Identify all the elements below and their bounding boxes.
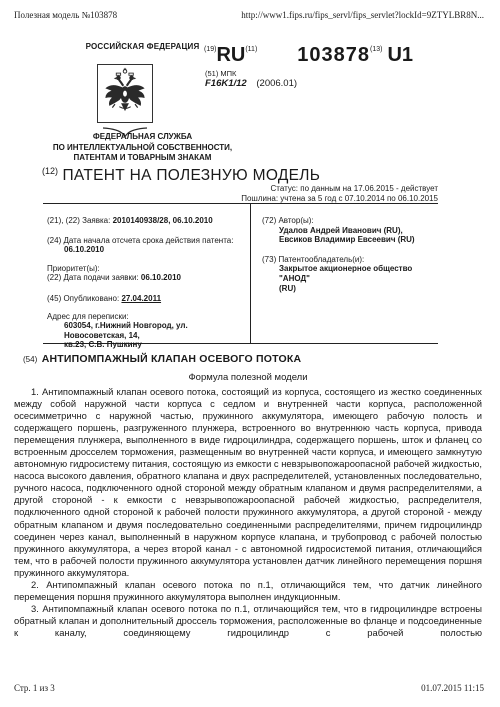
footer-timestamp: 01.07.2015 11:15 <box>421 683 484 693</box>
doc-type-code: (12) <box>42 166 58 176</box>
code-13: (13) <box>370 46 382 53</box>
russia-coat-of-arms-icon <box>101 65 149 122</box>
code-11: (11) <box>245 46 257 53</box>
invention-title-line: (54) АНТИПОМПАЖНЫЙ КЛАПАН ОСЕВОГО ПОТОКА <box>23 349 486 367</box>
published-field: (45) Опубликовано: 27.04.2011 <box>47 294 245 304</box>
claim-2: 2. Антипомпажный клапан осевого потока п… <box>14 579 482 603</box>
status-line: Статус: по данным на 17.06.2015 - действ… <box>150 184 438 194</box>
ipc-class-code: F16K1/12 <box>205 78 247 89</box>
holder-field: (73) Патентообладатель(и): Закрытое акци… <box>262 255 438 293</box>
doc-type-heading: (12) ПАТЕНТ НА ПОЛЕЗНУЮ МОДЕЛЬ <box>42 166 320 185</box>
title-code: (54) <box>23 355 37 364</box>
ipc-version: (2006.01) <box>256 78 297 89</box>
claims-section-heading: Формула полезной модели <box>14 372 482 383</box>
application-field: (21), (22) Заявка: 2010140938/28, 06.10.… <box>47 216 245 226</box>
claim-3: 3. Антипомпажный клапан осевого потока п… <box>14 603 482 639</box>
claim-1: 1. Антипомпажный клапан осевого потока, … <box>14 386 482 579</box>
document-header-url: http://www1.fips.ru/fips_servl/fips_serv… <box>241 10 484 20</box>
office-name: ФЕДЕРАЛЬНАЯ СЛУЖБА ПО ИНТЕЛЛЕКТУАЛЬНОЙ С… <box>20 132 265 164</box>
correspondence-address: Адрес для переписки: 603054, г.Нижний Но… <box>47 312 245 350</box>
ipc-classification: F16K1/12 (2006.01) <box>205 78 297 89</box>
kind-code: U1 <box>387 44 413 66</box>
invention-title: АНТИПОМПАЖНЫЙ КЛАПАН ОСЕВОГО ПОТОКА <box>42 353 302 365</box>
claims-text: 1. Антипомпажный клапан осевого потока, … <box>14 386 482 639</box>
doc-type-label: ПАТЕНТ НА ПОЛЕЗНУЮ МОДЕЛЬ <box>62 167 320 184</box>
ipc-label: (51) МПК <box>205 69 236 78</box>
code-19: (19) <box>204 46 216 53</box>
priority-label: Приоритет(ы): <box>47 264 245 274</box>
term-start-field: (24) Дата начала отсчета срока действия … <box>47 236 245 255</box>
biblio-right-column: (72) Автор(ы): Удалов Андрей Иванович (R… <box>262 209 438 293</box>
document-header-title: Полезная модель №103878 <box>14 10 117 20</box>
divider-top <box>43 203 438 204</box>
fee-line: Пошлина: учтена за 5 год с 07.10.2014 по… <box>150 194 438 204</box>
divider-vertical <box>250 203 251 343</box>
publication-codes: (19) RU (11) 103878 (13) U1 <box>204 44 413 66</box>
page-footer: Стр. 1 из 3 01.07.2015 11:15 <box>14 683 484 693</box>
page-header: Полезная модель №103878 http://www1.fips… <box>14 10 484 20</box>
biblio-left-column: (21), (22) Заявка: 2010140938/28, 06.10.… <box>47 209 245 350</box>
country-code: RU <box>216 44 245 66</box>
patent-number: 103878 <box>297 44 370 66</box>
authors-field: (72) Автор(ы): Удалов Андрей Иванович (R… <box>262 216 438 245</box>
emblem-frame <box>97 64 153 123</box>
filing-field: (22) Дата подачи заявки: 06.10.2010 <box>47 273 245 283</box>
footer-page-number: Стр. 1 из 3 <box>14 683 55 693</box>
status-block: Статус: по данным на 17.06.2015 - действ… <box>150 184 438 203</box>
